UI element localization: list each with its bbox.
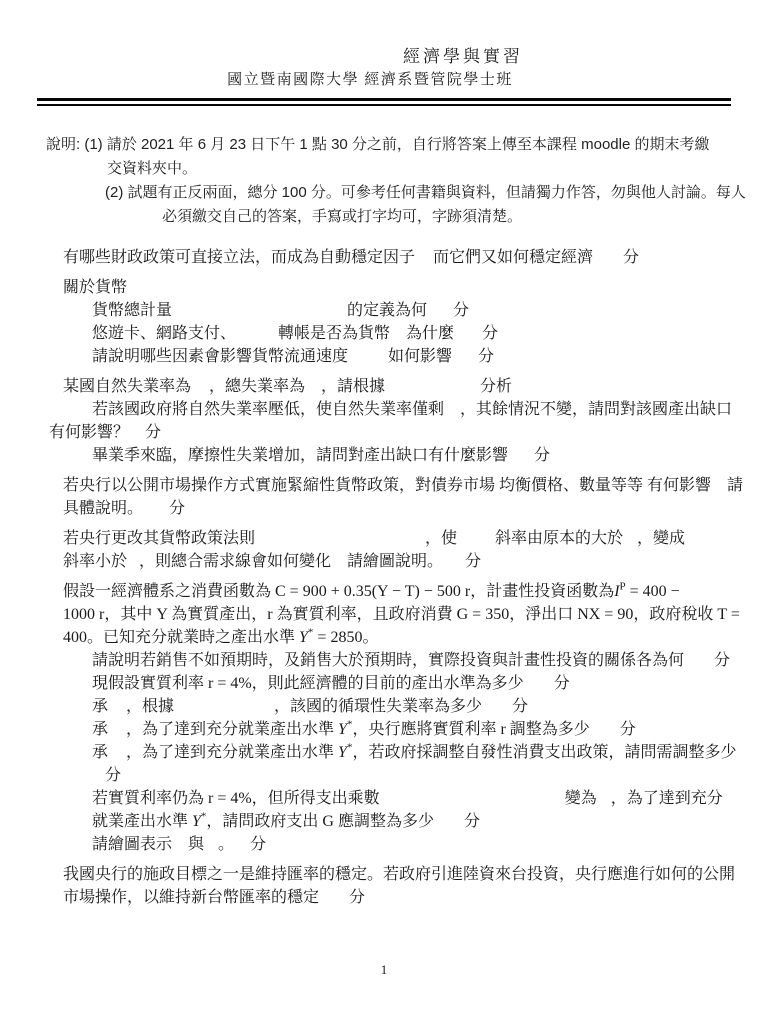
blank-answer-space <box>524 687 554 688</box>
question-line: 若該國政府將自然失業率壓低，使自然失業率僅剩，其餘情況不變，請問對該國產出缺口 <box>0 398 768 421</box>
blank-answer-space <box>457 542 495 543</box>
text-run: 有何影響？ <box>49 424 129 441</box>
text-run: 請說明哪些因素會影響貨幣流通速度 <box>92 348 348 365</box>
text-run: 分 <box>145 424 161 441</box>
text-run: 市場操作，以維持新台幣匯率的穩定 <box>63 889 319 906</box>
question-line: 請繪圖表示與。分 <box>0 833 768 856</box>
blank-answer-space <box>711 489 727 490</box>
text-run: = 2850。 <box>313 629 378 646</box>
blank-answer-space <box>234 848 250 849</box>
text-run: 斜率小於 <box>63 553 127 570</box>
text-run: 說明: (1) 請於 2021 年 6 月 23 日下午 1 點 30 分之前，… <box>46 136 709 153</box>
text-run: ，總失業率為 <box>209 378 305 395</box>
question-line: 關於貨幣 <box>0 276 768 299</box>
blank-answer-space <box>204 848 218 849</box>
text-run: 為什麼 <box>406 325 454 342</box>
page-number: 1 <box>0 962 768 978</box>
math-variable: Y <box>192 813 201 830</box>
institution-name: 國立暨南國際大學 經濟系暨管院學士班 <box>0 70 754 91</box>
text-run: 分 <box>620 721 636 738</box>
blank-answer-space <box>623 542 637 543</box>
text-run: ，變成 <box>637 530 685 547</box>
text-run: 分 <box>512 698 528 715</box>
text-run: 分 <box>714 652 730 669</box>
text-run: 承 <box>92 744 108 761</box>
blank-answer-space <box>319 901 349 902</box>
blank-answer-space <box>452 360 478 361</box>
question-line: 若央行以公開市場操作方式實施緊縮性貨幣政策，對債券市場 均衡價格、數量等等 有何… <box>0 474 768 497</box>
question-line: 請說明哪些因素會影響貨幣流通速度如何影響分 <box>0 345 768 368</box>
blank-answer-space <box>236 337 278 338</box>
question-line: 若央行更改其貨幣政策法則，使斜率由原本的大於，變成 <box>0 527 768 550</box>
question-line: 畢業季來臨，摩擦性失業增加，請問對產出缺口有什麼影響分 <box>0 444 768 467</box>
text-run: ，則總合需求線會如何變化 <box>139 553 331 570</box>
math-variable: Y <box>338 744 347 761</box>
blank-answer-space <box>444 413 460 414</box>
exam-questions: 有哪些財政政策可直接立法，而成為自動穩定因子而它們又如何穩定經濟分關於貨幣貨幣總… <box>0 246 768 909</box>
text-run: 變為 <box>565 790 597 807</box>
text-run: 分 <box>349 889 365 906</box>
blank-answer-space <box>390 337 406 338</box>
text-run: 分 <box>478 348 494 365</box>
blank-answer-space <box>255 542 425 543</box>
text-run: ，請根據 <box>321 378 385 395</box>
text-run: 轉帳是否為貨幣 <box>278 325 390 342</box>
header-divider <box>37 98 731 106</box>
text-run: 假設一經濟體系之消費函數為 C = 900 + 0.35(Y − T) − 50… <box>63 583 614 600</box>
question-line: 承，為了達到充分就業產出水準 Y*，央行應將實質利率 r 調整為多少分 <box>0 718 768 741</box>
text-run: ，其餘情況不變，請問對該國產出缺口 <box>460 401 732 418</box>
blank-answer-space <box>482 710 512 711</box>
text-run: 分 <box>464 813 480 830</box>
math-variable: Y <box>299 629 308 646</box>
question-line: 斜率小於，則總合需求線會如何變化請繪圖說明。分 <box>0 550 768 573</box>
text-run: 分 <box>453 302 469 319</box>
text-run: 承 <box>92 698 108 715</box>
blank-answer-space <box>385 390 480 391</box>
blank-answer-space <box>191 390 209 391</box>
text-run: ，根據 <box>126 698 174 715</box>
exam-instructions: 說明: (1) 請於 2021 年 6 月 23 日下午 1 點 30 分之前，… <box>0 133 768 229</box>
text-run: 貨幣總計量 <box>92 302 172 319</box>
text-run: 就業產出水準 <box>92 813 192 830</box>
text-run: 交資料夾中。 <box>107 160 197 177</box>
blank-answer-space <box>380 802 565 803</box>
blank-answer-space <box>590 733 620 734</box>
text-run: 斜率由原本的大於 <box>495 530 623 547</box>
instruction-line: 說明: (1) 請於 2021 年 6 月 23 日下午 1 點 30 分之前，… <box>0 133 768 157</box>
question-line: 悠遊卡、網路支付、轉帳是否為貨幣為什麼分 <box>0 322 768 345</box>
text-run: 關於貨幣 <box>63 279 127 296</box>
text-run: 的定義為何 <box>347 302 427 319</box>
blank-answer-space <box>434 825 464 826</box>
blank-answer-space <box>108 710 126 711</box>
text-run: 我國央行的施政目標之一是維持匯率的穩定。若政府引進陸資來台投資，央行應進行如何的… <box>63 866 735 883</box>
blank-answer-space <box>443 565 465 566</box>
instruction-line: 交資料夾中。 <box>0 157 768 181</box>
blank-answer-space <box>172 848 188 849</box>
text-run: 若央行更改其貨幣政策法則 <box>63 530 255 547</box>
text-run: = 400 − <box>626 583 680 600</box>
text-run: 分 <box>554 675 570 692</box>
text-run: 必須繳交自己的答案，手寫或打字均可，字跡須清楚。 <box>162 208 522 225</box>
blank-answer-space <box>427 314 453 315</box>
question-line: 假設一經濟體系之消費函數為 C = 900 + 0.35(Y − T) − 50… <box>0 580 768 603</box>
blank-answer-space <box>415 261 433 262</box>
text-run: 如何影響 <box>388 348 452 365</box>
text-run: 請 <box>727 477 743 494</box>
blank-answer-space <box>172 314 347 315</box>
text-run: 分 <box>465 553 481 570</box>
question-line: 若實質利率仍為 r = 4%，但所得支出乘數變為，為了達到充分 <box>0 787 768 810</box>
text-run: 若該國政府將自然失業率壓低，使自然失業率僅剩 <box>92 401 444 418</box>
question-line: 我國央行的施政目標之一是維持匯率的穩定。若政府引進陸資來台投資，央行應進行如何的… <box>0 863 768 886</box>
text-run: 請繪圖表示 <box>92 836 172 853</box>
text-run: 某國自然失業率為 <box>63 378 191 395</box>
text-run: 400。已知充分就業時之產出水準 <box>63 629 299 646</box>
question-line: 承，為了達到充分就業產出水準 Y*，若政府採調整自發性消費支出政策，請問需調整多… <box>0 741 768 764</box>
question-line: 請說明若銷售不如預期時，及銷售大於預期時，實際投資與計畫性投資的關係各為何分 <box>0 649 768 672</box>
text-run: 承 <box>92 721 108 738</box>
question-line: 1000 r，其中 Y 為實質產出，r 為實質利率，且政府消費 G = 350，… <box>0 603 768 626</box>
question-line: 貨幣總計量的定義為何分 <box>0 299 768 322</box>
question-line: 有何影響？分 <box>0 421 768 444</box>
text-run: 與 <box>188 836 204 853</box>
question-line: 市場操作，以維持新台幣匯率的穩定分 <box>0 886 768 909</box>
text-run: ，若政府採調整自發性消費支出政策，請問需調整多少 <box>352 744 736 761</box>
blank-answer-space <box>597 802 611 803</box>
text-run: 有哪些財政政策可直接立法，而成為自動穩定因子 <box>63 249 415 266</box>
question-line: 有哪些財政政策可直接立法，而成為自動穩定因子而它們又如何穩定經濟分 <box>0 246 768 269</box>
math-variable: Y <box>338 721 347 738</box>
text-run: 分 <box>169 500 185 517</box>
blank-answer-space <box>684 664 714 665</box>
text-run: 畢業季來臨，摩擦性失業增加，請問對產出缺口有什麼影響 <box>92 447 508 464</box>
text-run: ，為了達到充分就業產出水準 <box>126 721 338 738</box>
blank-answer-space <box>508 459 534 460</box>
blank-answer-space <box>348 360 388 361</box>
text-run: 具體說明。 <box>63 500 143 517</box>
blank-answer-space <box>331 565 347 566</box>
question-line: 400。已知充分就業時之產出水準 Y* = 2850。 <box>0 626 768 649</box>
text-run: 分 <box>623 249 639 266</box>
instruction-line: 必須繳交自己的答案，手寫或打字均可，字跡須清楚。 <box>0 205 768 229</box>
question-line: 某國自然失業率為，總失業率為，請根據分析 <box>0 375 768 398</box>
text-run: 分析 <box>480 378 512 395</box>
text-run: ，為了達到充分 <box>611 790 723 807</box>
question-line: 具體說明。分 <box>0 497 768 520</box>
blank-answer-space <box>174 710 274 711</box>
blank-answer-space <box>593 261 623 262</box>
text-run: 分 <box>534 447 550 464</box>
question-line: 分 <box>0 764 768 787</box>
blank-answer-space <box>108 756 126 757</box>
blank-answer-space <box>108 733 126 734</box>
text-run: 悠遊卡、網路支付、 <box>92 325 236 342</box>
text-run: 現假設實質利率 r = 4%，則此經濟體的目前的產出水準為多少 <box>92 675 524 692</box>
document-page: 經濟學與實習 國立暨南國際大學 經濟系暨管院學士班 說明: (1) 請於 202… <box>0 0 768 1024</box>
text-run: 請繪圖說明。 <box>347 553 443 570</box>
text-run: 若央行以公開市場操作方式實施緊縮性貨幣政策，對債券市場 均衡價格、數量等等 有何… <box>63 477 711 494</box>
text-run: 1000 r，其中 Y 為實質產出，r 為實質利率，且政府消費 G = 350，… <box>63 606 740 623</box>
text-run: 。 <box>218 836 234 853</box>
text-run: ，為了達到充分就業產出水準 <box>126 744 338 761</box>
text-run: 請說明若銷售不如預期時，及銷售大於預期時，實際投資與計畫性投資的關係各為何 <box>92 652 684 669</box>
text-run: 分 <box>482 325 498 342</box>
text-run: ，使 <box>425 530 457 547</box>
text-run: ，該國的循環性失業率為多少 <box>274 698 482 715</box>
blank-answer-space <box>127 565 139 566</box>
blank-answer-space <box>305 390 321 391</box>
instruction-line: (2) 試題有正反兩面，總分 100 分。可參考任何書籍與資料，但請獨力作答，勿… <box>0 181 768 205</box>
question-line: 就業產出水準 Y*，請問政府支出 G 應調整為多少分 <box>0 810 768 833</box>
text-run: 而它們又如何穩定經濟 <box>433 249 593 266</box>
exam-header: 經濟學與實習 國立暨南國際大學 經濟系暨管院學士班 <box>0 0 768 106</box>
question-line: 現假設實質利率 r = 4%，則此經濟體的目前的產出水準為多少分 <box>0 672 768 695</box>
blank-answer-space <box>129 436 145 437</box>
question-line: 承，根據，該國的循環性失業率為多少分 <box>0 695 768 718</box>
text-run: ，央行應將實質利率 r 調整為多少 <box>352 721 589 738</box>
text-run: 若實質利率仍為 r = 4%，但所得支出乘數 <box>92 790 380 807</box>
text-run: (2) 試題有正反兩面，總分 100 分。可參考任何書籍與資料，但請獨力作答，勿… <box>105 184 746 201</box>
text-run: 分 <box>105 767 121 784</box>
text-run: ，請問政府支出 G 應調整為多少 <box>206 813 434 830</box>
blank-answer-space <box>454 337 482 338</box>
blank-answer-space <box>143 512 169 513</box>
text-run: 分 <box>250 836 266 853</box>
course-title: 經濟學與實習 <box>79 46 768 68</box>
